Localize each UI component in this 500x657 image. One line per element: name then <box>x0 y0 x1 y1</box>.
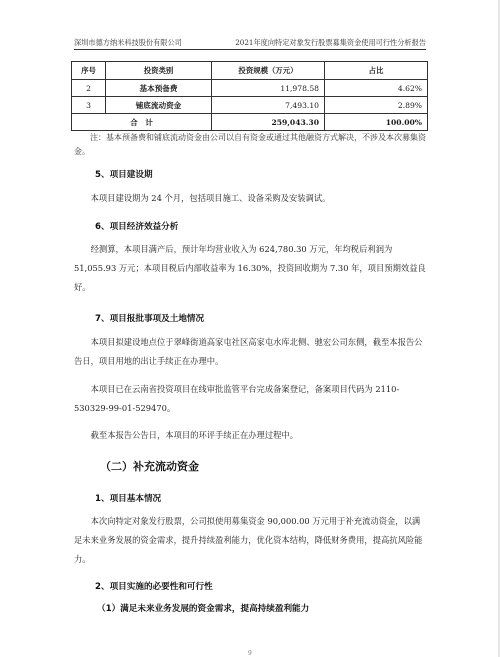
cell-ratio: 2.89% <box>325 97 428 114</box>
section-5-title: 5、项目建设期 <box>95 168 153 180</box>
col-header-category: 投资类别 <box>106 62 212 80</box>
page-number: 9 <box>248 650 252 657</box>
cell-total-ratio: 100.00% <box>325 114 428 131</box>
cell-no: 2 <box>72 80 106 97</box>
page-header: 深圳市德方纳米科技股份有限公司 2021年度向特定对象发行股票募集资金使用可行性… <box>74 36 426 50</box>
table-total-row: 合 计 259,043.30 100.00% <box>72 114 428 131</box>
section-7-para-2: 本项目已在云南省投资项目在线审批监管平台完成备案登记，备案项目代码为 2110-… <box>74 380 426 418</box>
col-header-amount: 投资规模（万元） <box>212 62 325 80</box>
cell-category: 铺底流动资金 <box>106 97 212 114</box>
section-5-body: 本项目建设期为 24 个月，包括项目施工、设备采购及安装调试。 <box>74 189 426 208</box>
part-2-section-2-title: 2、项目实施的必要性和可行性 <box>95 580 213 592</box>
section-6-title: 6、项目经济效益分析 <box>95 220 178 232</box>
section-7-para-3: 截至本报告公告日，本项目的环评手续正在办理过程中。 <box>74 426 426 445</box>
table-row: 3 铺底流动资金 7,493.10 2.89% <box>72 97 428 114</box>
cell-amount: 11,978.58 <box>212 80 325 97</box>
cell-ratio: 4.62% <box>325 80 428 97</box>
table-note: 注：基本预备费和铺底流动资金由公司以自有资金或通过其他融资方式解决，不涉及本次募… <box>74 131 426 159</box>
col-header-ratio: 占比 <box>325 62 428 80</box>
table-row: 2 基本预备费 11,978.58 4.62% <box>72 80 428 97</box>
col-header-no: 序号 <box>72 62 106 80</box>
cell-total-label: 合 计 <box>72 114 212 131</box>
document-page: 深圳市德方纳米科技股份有限公司 2021年度向特定对象发行股票募集资金使用可行性… <box>0 0 498 657</box>
cell-amount: 7,493.10 <box>212 97 325 114</box>
cell-category: 基本预备费 <box>106 80 212 97</box>
part-2-section-1-body: 本次向特定对象发行股票，公司拟使用募集资金 90,000.00 万元用于补充流动… <box>74 512 426 569</box>
section-7-para-1: 本项目拟建设地点位于翠峰街道高家屯社区高家屯水库北侧、驰宏公司东侧，截至本报告公… <box>74 333 426 371</box>
section-6-body: 经测算，本项目满产后，预计年均营业收入为 624,780.30 万元，年均税后利… <box>74 240 426 297</box>
section-7-title: 7、项目报批事项及土地情况 <box>95 312 204 324</box>
cell-no: 3 <box>72 97 106 114</box>
table-header-row: 序号 投资类别 投资规模（万元） 占比 <box>72 62 428 80</box>
header-report-title: 2021年度向特定对象发行股票募集资金使用可行性分析报告 <box>235 38 426 48</box>
part-2-title: （二）补充流动资金 <box>100 458 199 474</box>
header-company: 深圳市德方纳米科技股份有限公司 <box>74 38 182 48</box>
part-2-subsection-1-title: （1）满足未来业务发展的资金需求，提高持续盈利能力 <box>97 602 309 614</box>
cell-total-amount: 259,043.30 <box>212 114 325 131</box>
part-2-section-1-title: 1、项目基本情况 <box>95 492 161 504</box>
investment-table: 序号 投资类别 投资规模（万元） 占比 2 基本预备费 11,978.58 4.… <box>71 61 428 131</box>
